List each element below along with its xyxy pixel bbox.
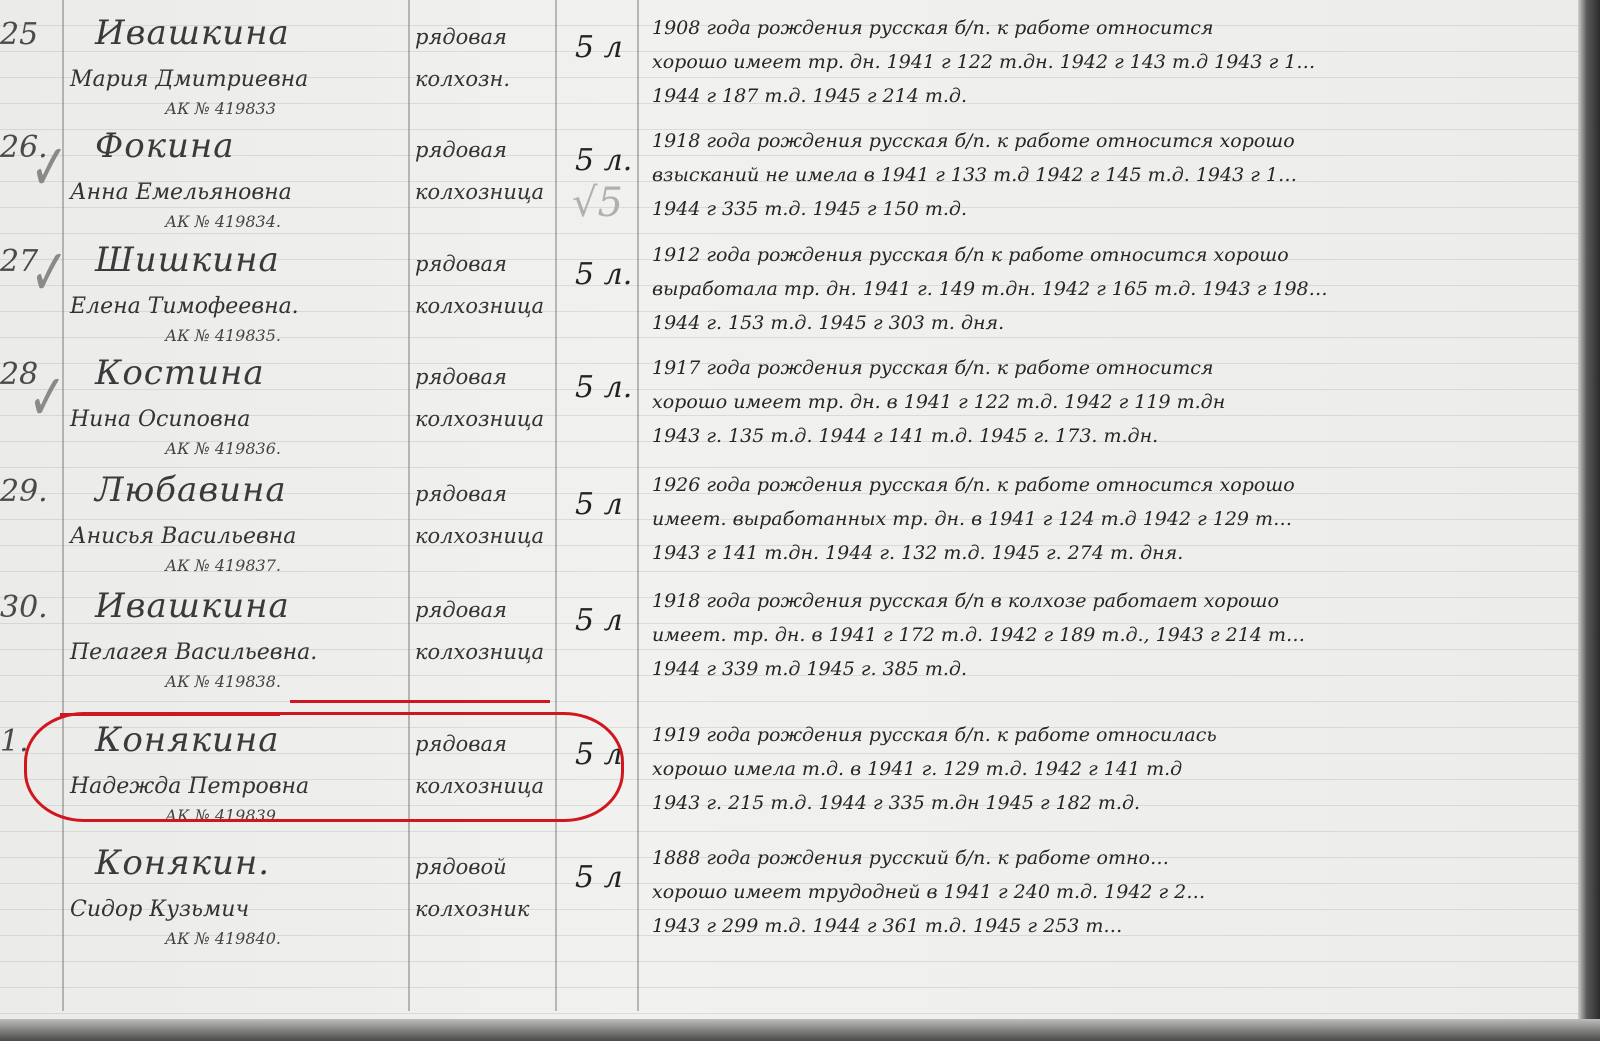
entry-term: 5 л bbox=[575, 487, 623, 522]
note-line: 1944 г 187 т.д. 1945 г 214 т.д. bbox=[652, 79, 1572, 113]
entry-role: рядовая bbox=[415, 138, 507, 162]
entry-notes: 1917 года рождения русская б/п. к работе… bbox=[652, 351, 1572, 453]
entry-given-names: Елена Тимофеевна. bbox=[70, 294, 299, 319]
note-line: хорошо имеет тр. дн. в 1941 г 122 т.д. 1… bbox=[652, 385, 1572, 419]
note-line: 1918 года рождения русская б/п. к работе… bbox=[652, 124, 1572, 158]
entry-ak-number: АК № 419836. bbox=[165, 439, 281, 458]
entry-occupation: колхозн. bbox=[415, 67, 510, 91]
entry-surname: Фокина bbox=[95, 126, 235, 166]
entry-given-names: Пелагея Васильевна. bbox=[70, 640, 317, 665]
entry-ak-number: АК № 419835. bbox=[165, 326, 281, 345]
entry-role: рядовой bbox=[415, 855, 507, 879]
checkmark-icon: ✓ bbox=[28, 359, 67, 435]
entry-number: 30. bbox=[0, 590, 48, 625]
note-line: выработала тр. дн. 1941 г. 149 т.дн. 194… bbox=[652, 272, 1572, 306]
entry-notes: 1919 года рождения русская б/п. к работе… bbox=[652, 718, 1572, 820]
entry-ak-number: АК № 419837. bbox=[165, 556, 281, 575]
entry-notes: 1926 года рождения русская б/п. к работе… bbox=[652, 468, 1572, 570]
entry-role: рядовая bbox=[415, 598, 507, 622]
note-line: 1943 г. 215 т.д. 1944 г 335 т.дн 1945 г … bbox=[652, 786, 1572, 820]
highlight-ellipse bbox=[24, 712, 624, 822]
entry-occupation: колхозница bbox=[415, 294, 544, 318]
note-line: взысканий не имела в 1941 г 133 т.д 1942… bbox=[652, 158, 1572, 192]
note-line: хорошо имеет тр. дн. 1941 г 122 т.дн. 19… bbox=[652, 45, 1572, 79]
note-line: хорошо имела т.д. в 1941 г. 129 т.д. 194… bbox=[652, 752, 1572, 786]
entry-occupation: колхозник bbox=[415, 897, 529, 921]
entry-surname: Шишкина bbox=[95, 240, 280, 280]
note-line: имеет. выработанных тр. дн. в 1941 г 124… bbox=[652, 502, 1572, 536]
note-line: 1912 года рождения русская б/п к работе … bbox=[652, 238, 1572, 272]
entry-occupation: колхозница bbox=[415, 524, 544, 548]
entry-number: 25 bbox=[0, 17, 38, 52]
note-line: 1926 года рождения русская б/п. к работе… bbox=[652, 468, 1572, 502]
entry-notes: 1918 года рождения русская б/п. к работе… bbox=[652, 124, 1572, 226]
note-line: 1944 г 335 т.д. 1945 г 150 т.д. bbox=[652, 192, 1572, 226]
column-rule-term bbox=[637, 0, 639, 1011]
entry-given-names: Сидор Кузьмич bbox=[70, 897, 249, 922]
entry-surname: Костина bbox=[95, 353, 265, 393]
entry-term: 5 л. bbox=[575, 143, 632, 178]
book-spine-edge bbox=[1578, 0, 1600, 1041]
note-line: хорошо имеет трудодней в 1941 г 240 т.д.… bbox=[652, 875, 1572, 909]
register-page: 25 Ивашкина Мария Дмитриевна АК № 419833… bbox=[0, 0, 1600, 1041]
note-line: 1943 г. 135 т.д. 1944 г 141 т.д. 1945 г.… bbox=[652, 419, 1572, 453]
entry-term: 5 л. bbox=[575, 257, 632, 292]
note-line: 1944 г. 153 т.д. 1945 г 303 т. дня. bbox=[652, 306, 1572, 340]
note-line: 1918 года рождения русская б/п в колхозе… bbox=[652, 584, 1572, 618]
entry-given-names: Мария Дмитриевна bbox=[70, 67, 308, 92]
entry-notes: 1918 года рождения русская б/п в колхозе… bbox=[652, 584, 1572, 686]
entry-given-names: Нина Осиповна bbox=[70, 407, 250, 432]
entry-term: 5 л bbox=[575, 30, 623, 65]
note-line: 1943 г 299 т.д. 1944 г 361 т.д. 1945 г 2… bbox=[652, 909, 1572, 943]
note-line: 1888 года рождения русский б/п. к работе… bbox=[652, 841, 1572, 875]
note-line: 1944 г 339 т.д 1945 г. 385 т.д. bbox=[652, 652, 1572, 686]
entry-ak-number: АК № 419834. bbox=[165, 212, 281, 231]
entry-term: 5 л. bbox=[575, 370, 632, 405]
entry-role: рядовая bbox=[415, 25, 507, 49]
highlight-stroke bbox=[290, 700, 550, 703]
column-rule-role bbox=[555, 0, 557, 1011]
entry-notes: 1912 года рождения русская б/п к работе … bbox=[652, 238, 1572, 340]
entry-term: 5 л bbox=[575, 860, 623, 895]
entry-role: рядовая bbox=[415, 482, 507, 506]
entry-term: 5 л bbox=[575, 603, 623, 638]
note-line: 1917 года рождения русская б/п. к работе… bbox=[652, 351, 1572, 385]
entry-surname: Ивашкина bbox=[95, 13, 290, 53]
note-line: 1908 года рождения русская б/п. к работе… bbox=[652, 11, 1572, 45]
highlight-stroke bbox=[60, 713, 280, 716]
entry-notes: 1908 года рождения русская б/п. к работе… bbox=[652, 11, 1572, 113]
checkmark-icon: ✓ bbox=[30, 234, 69, 310]
note-line: 1919 года рождения русская б/п. к работе… bbox=[652, 718, 1572, 752]
column-rule-name bbox=[408, 0, 410, 1011]
entry-given-names: Анисья Васильевна bbox=[70, 524, 296, 549]
note-line: имеет. тр. дн. в 1941 г 172 т.д. 1942 г … bbox=[652, 618, 1572, 652]
pencil-margin-note: √5 bbox=[572, 180, 623, 226]
entry-given-names: Анна Емельяновна bbox=[70, 180, 292, 205]
page-bottom-edge bbox=[0, 1019, 1600, 1041]
entry-ak-number: АК № 419840. bbox=[165, 929, 281, 948]
entry-number: 29. bbox=[0, 474, 48, 509]
entry-occupation: колхозница bbox=[415, 640, 544, 664]
entry-occupation: колхозница bbox=[415, 180, 544, 204]
entry-surname: Конякин. bbox=[95, 843, 270, 883]
entry-notes: 1888 года рождения русский б/п. к работе… bbox=[652, 841, 1572, 943]
entry-surname: Любавина bbox=[95, 470, 287, 510]
note-line: 1943 г 141 т.дн. 1944 г. 132 т.д. 1945 г… bbox=[652, 536, 1572, 570]
entry-role: рядовая bbox=[415, 252, 507, 276]
entry-ak-number: АК № 419833 bbox=[165, 99, 276, 118]
entry-occupation: колхозница bbox=[415, 407, 544, 431]
checkmark-icon: ✓ bbox=[30, 129, 69, 205]
entry-surname: Ивашкина bbox=[95, 586, 290, 626]
entry-role: рядовая bbox=[415, 365, 507, 389]
entry-ak-number: АК № 419838. bbox=[165, 672, 281, 691]
